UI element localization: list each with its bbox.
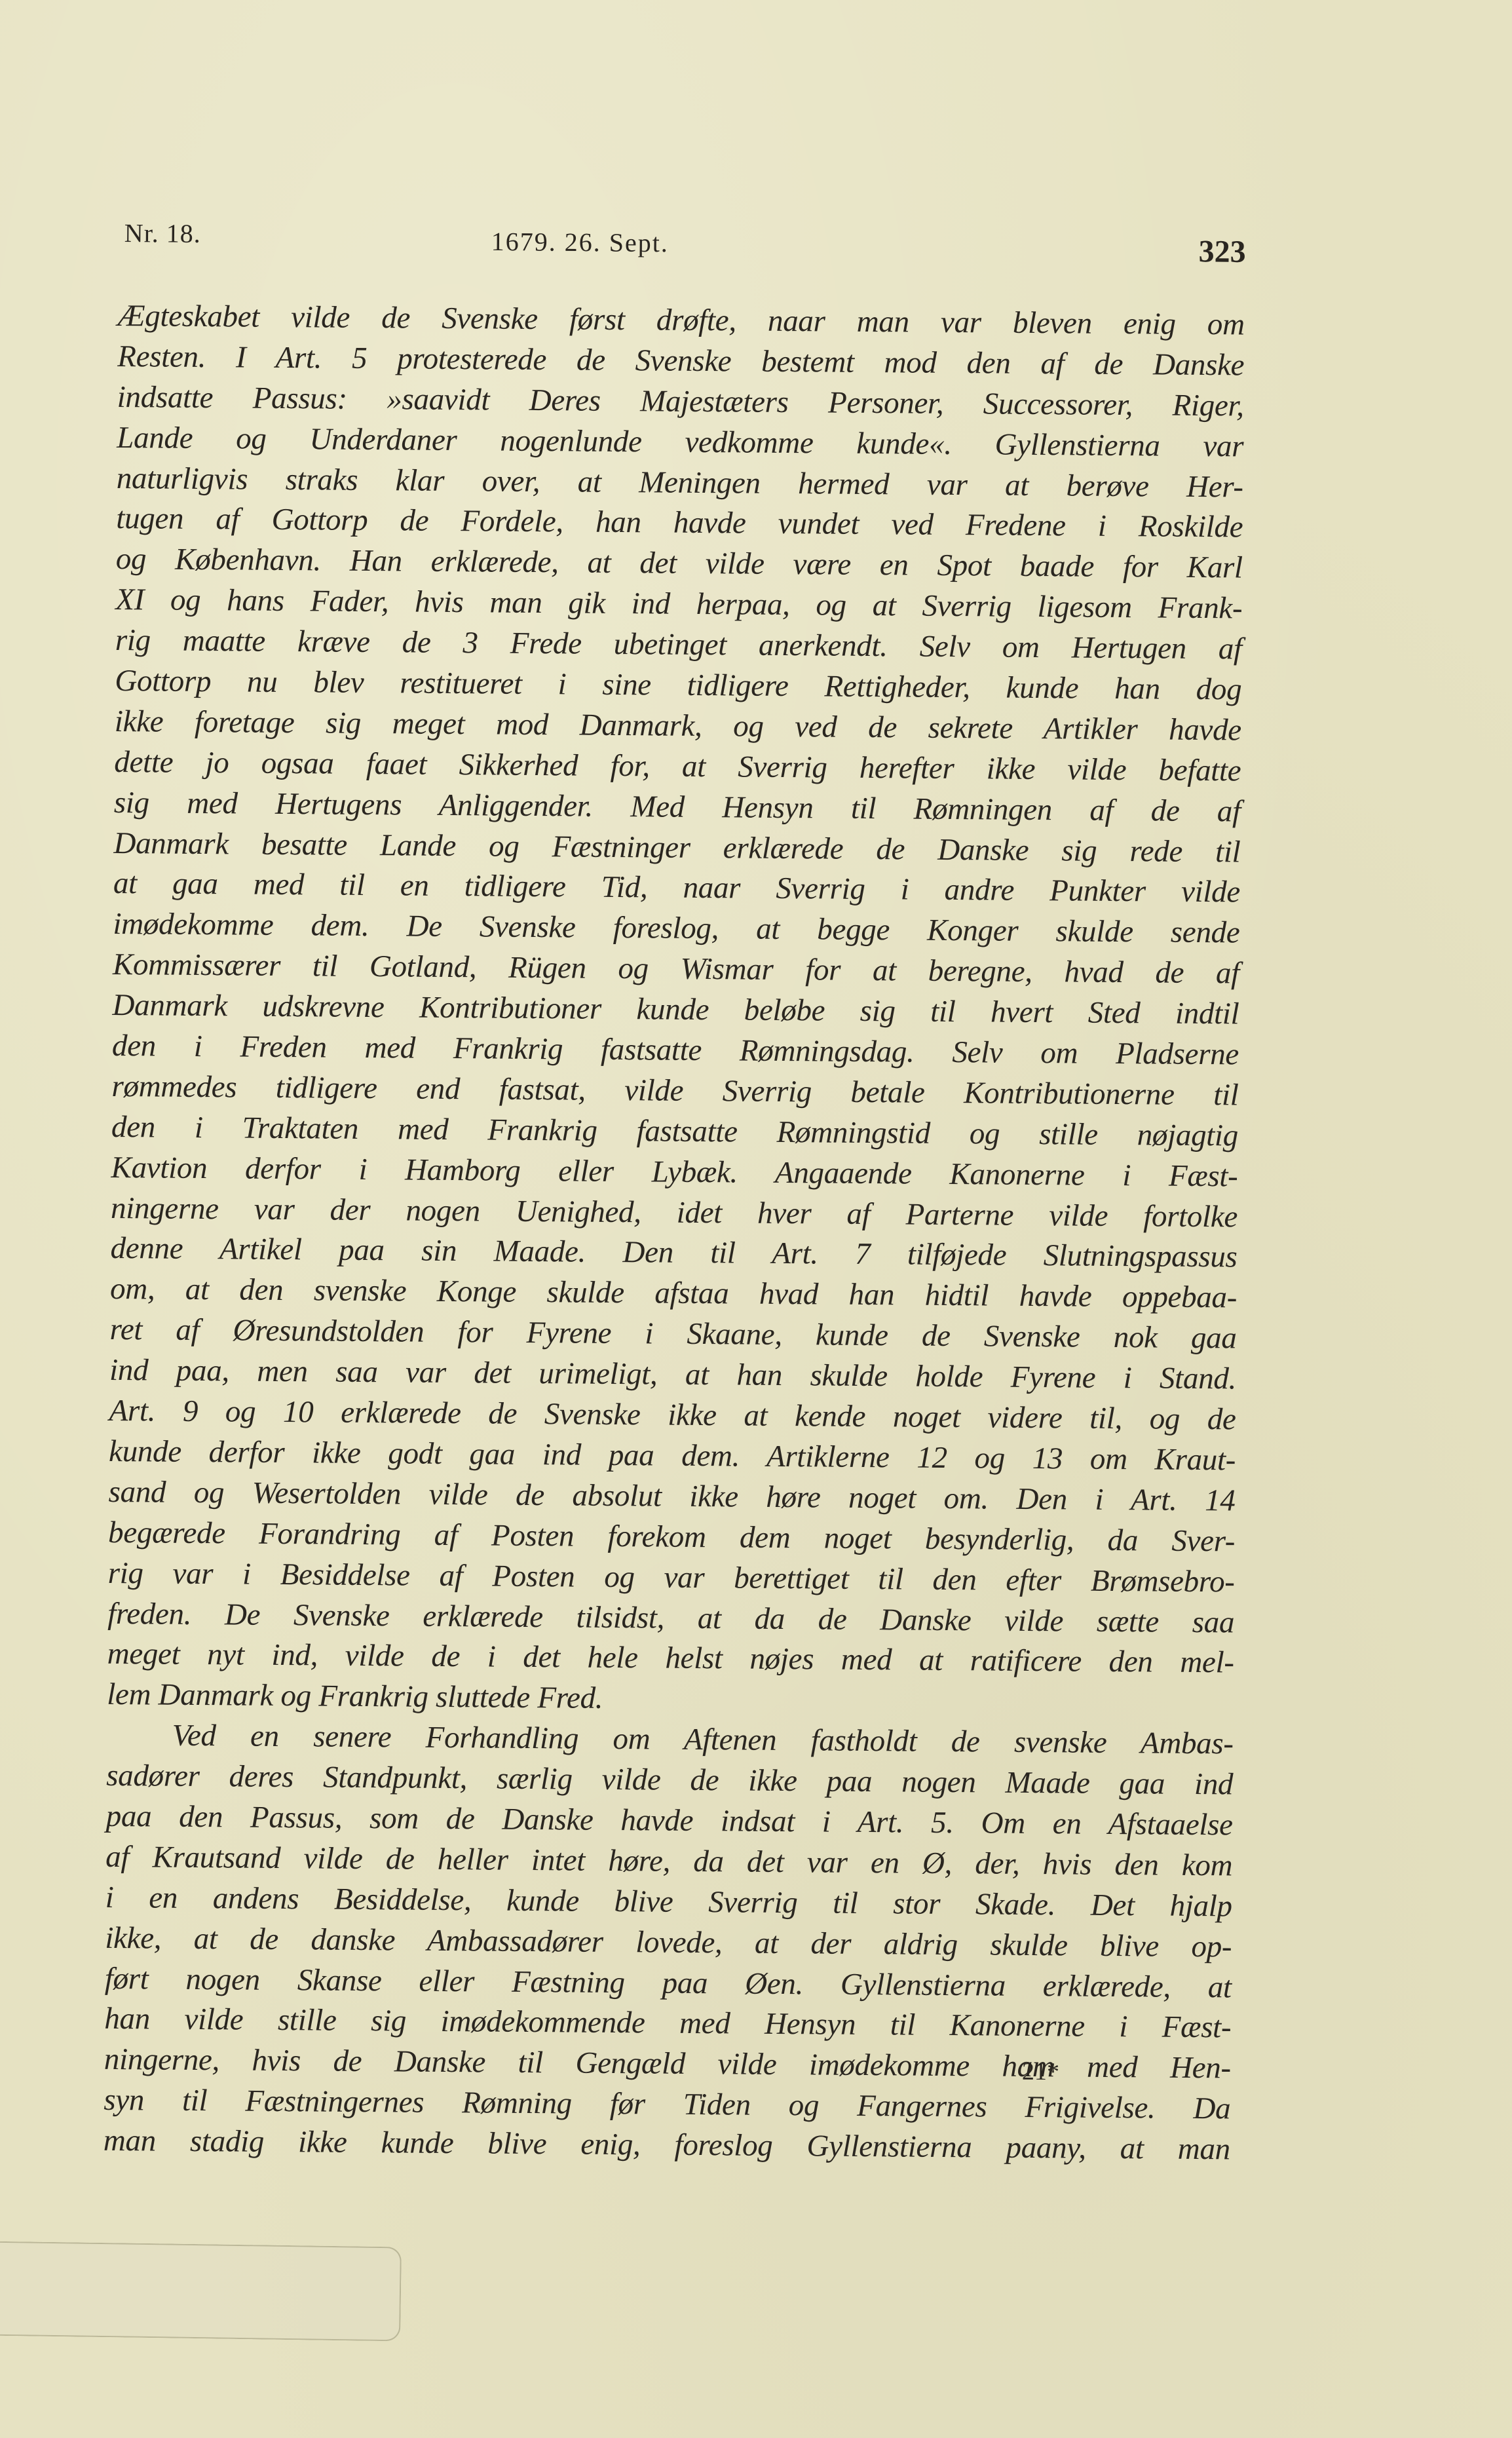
body-text: Ægteskabet vilde de Svenske først drøfte… (104, 296, 1245, 2170)
signature-mark: 21* (1022, 2057, 1059, 2086)
document-number: Nr. 18. (124, 218, 201, 249)
text-line: man stadig ikke kunde blive enig, foresl… (104, 2121, 1230, 2170)
page-tab-impression (0, 2241, 402, 2342)
running-header: Nr. 18. 1679. 26. Sept. 323 (124, 218, 1245, 267)
header-date: 1679. 26. Sept. (491, 226, 669, 258)
page-number: 323 (1198, 233, 1245, 270)
